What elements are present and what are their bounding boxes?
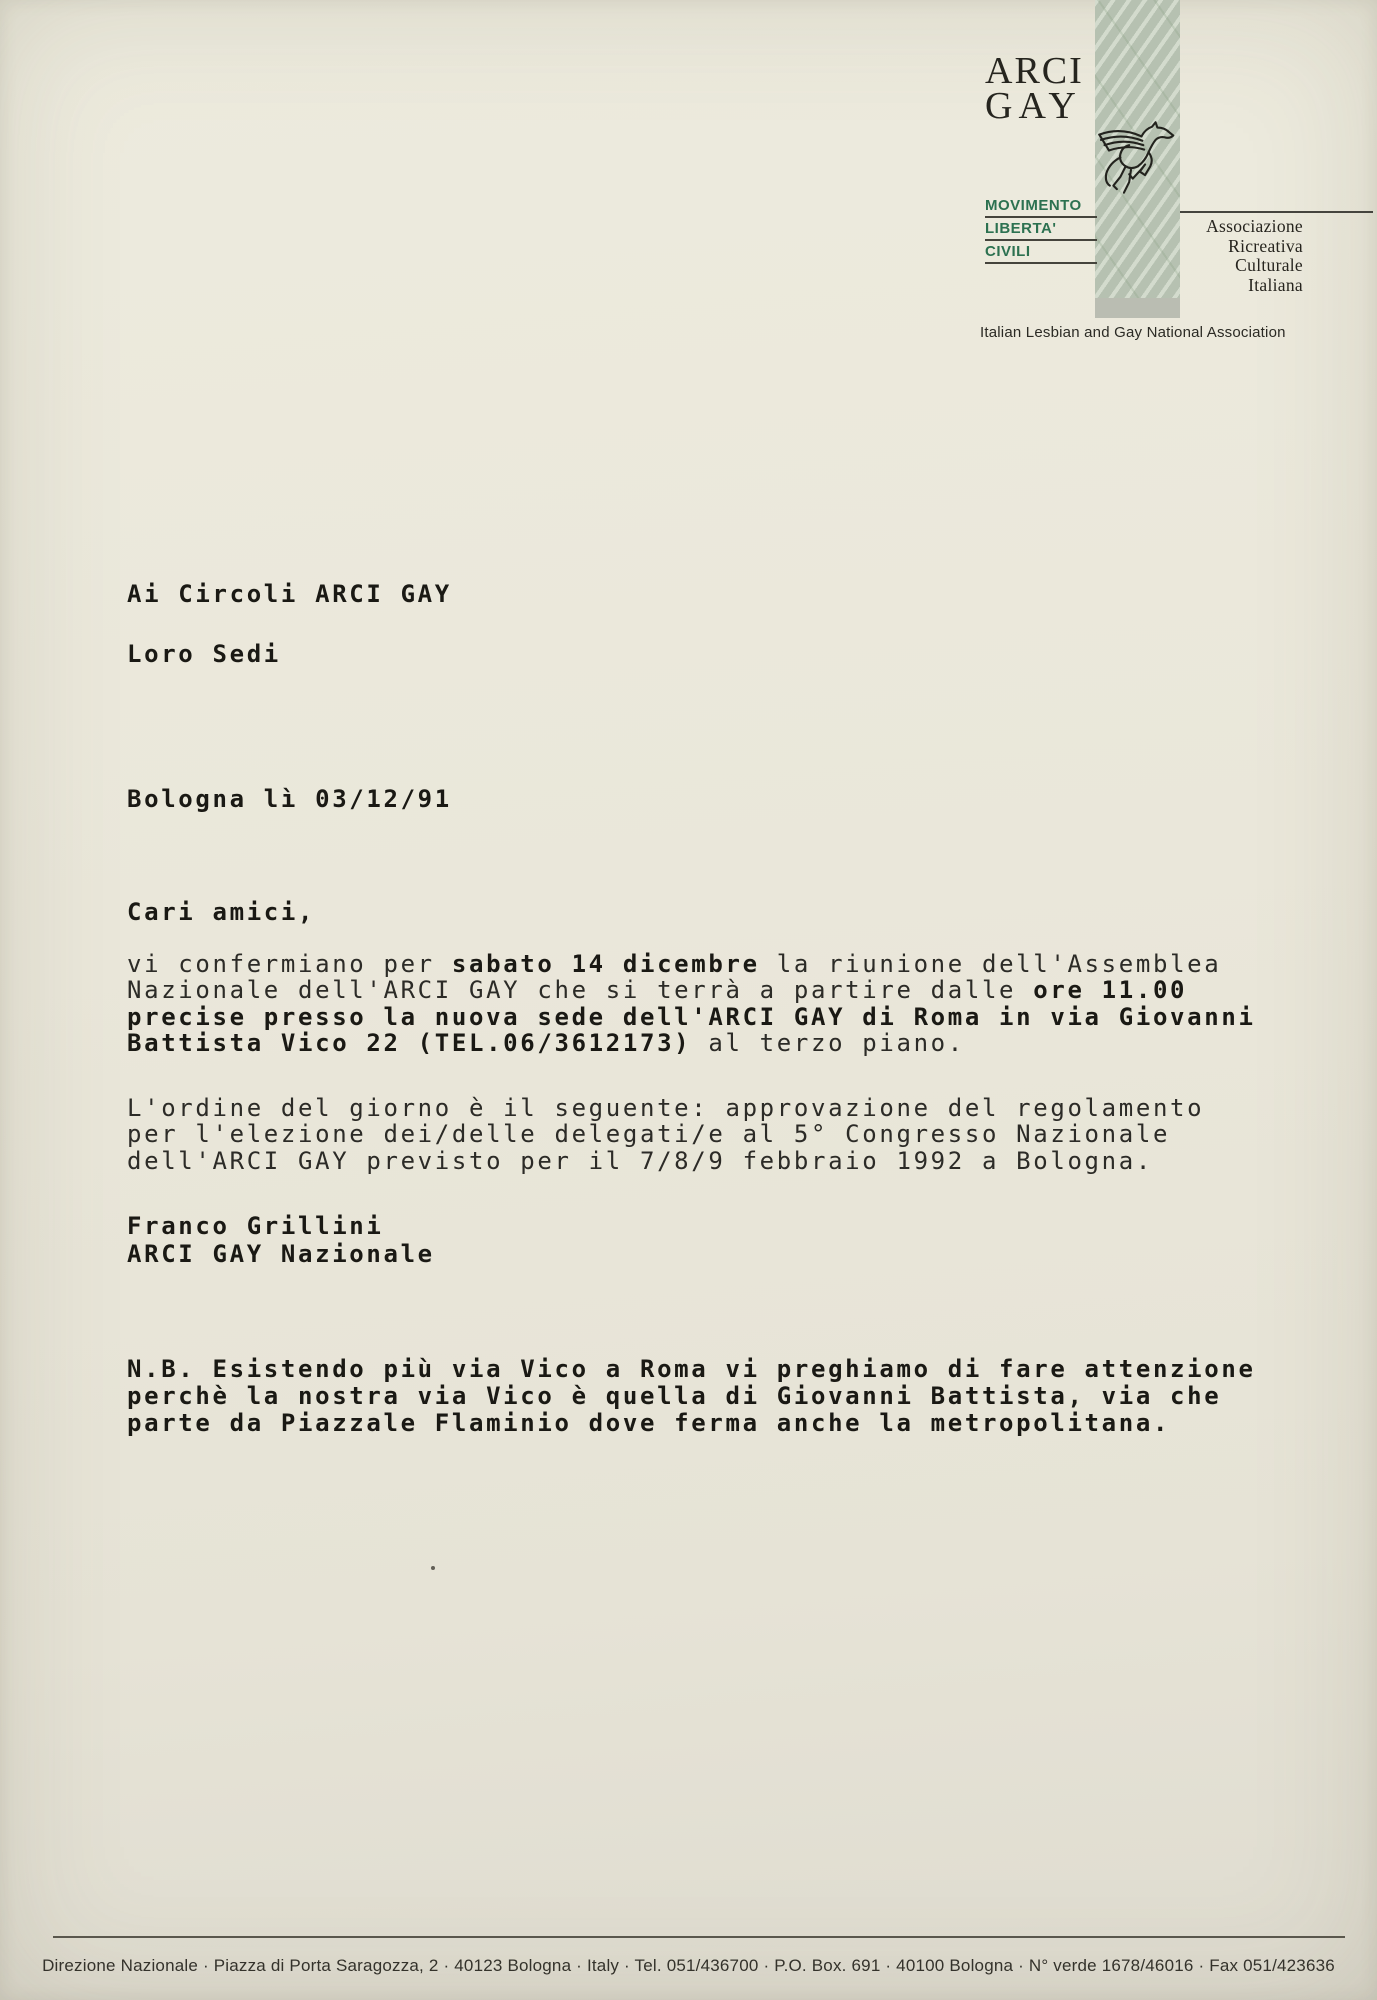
nota-bene: N.B. Esistendo più via Vico a Roma vi pr… [127, 1356, 1256, 1437]
paragraph-agenda: L'ordine del giorno è il seguente: appro… [127, 1095, 1204, 1174]
ink-speck [431, 1566, 435, 1570]
salutation: Cari amici, [127, 899, 315, 925]
recipient-line: Ai Circoli ARCI GAY [127, 581, 452, 607]
association-name: AssociazioneRicreativaCulturaleItaliana [1103, 217, 1303, 295]
dateline: Bologna lì 03/12/91 [127, 786, 452, 812]
logo-subtitle-civili: CIVILI [985, 243, 1097, 264]
letterhead-tagline: Italian Lesbian and Gay National Associa… [980, 324, 1286, 341]
logo-title-gay: GAY [985, 87, 1082, 125]
association-divider [1180, 211, 1373, 213]
letter-document: ARCI GAY MOVIMENTO LIBERTA' CIVILI Assoc… [0, 0, 1377, 2000]
logo-subtitle-liberta: LIBERTA' [985, 220, 1097, 241]
signature-block: Franco GrilliniARCI GAY Nazionale [127, 1213, 435, 1268]
paragraph-meeting: vi confermiano per sabato 14 dicembre la… [127, 951, 1256, 1056]
logo-subtitle-movimento: MOVIMENTO [985, 197, 1097, 218]
footer-divider [53, 1936, 1345, 1938]
pegasus-icon [1094, 120, 1182, 202]
footer-address: Direzione Nazionale · Piazza di Porta Sa… [0, 1956, 1377, 1976]
recipient-location: Loro Sedi [127, 641, 281, 667]
